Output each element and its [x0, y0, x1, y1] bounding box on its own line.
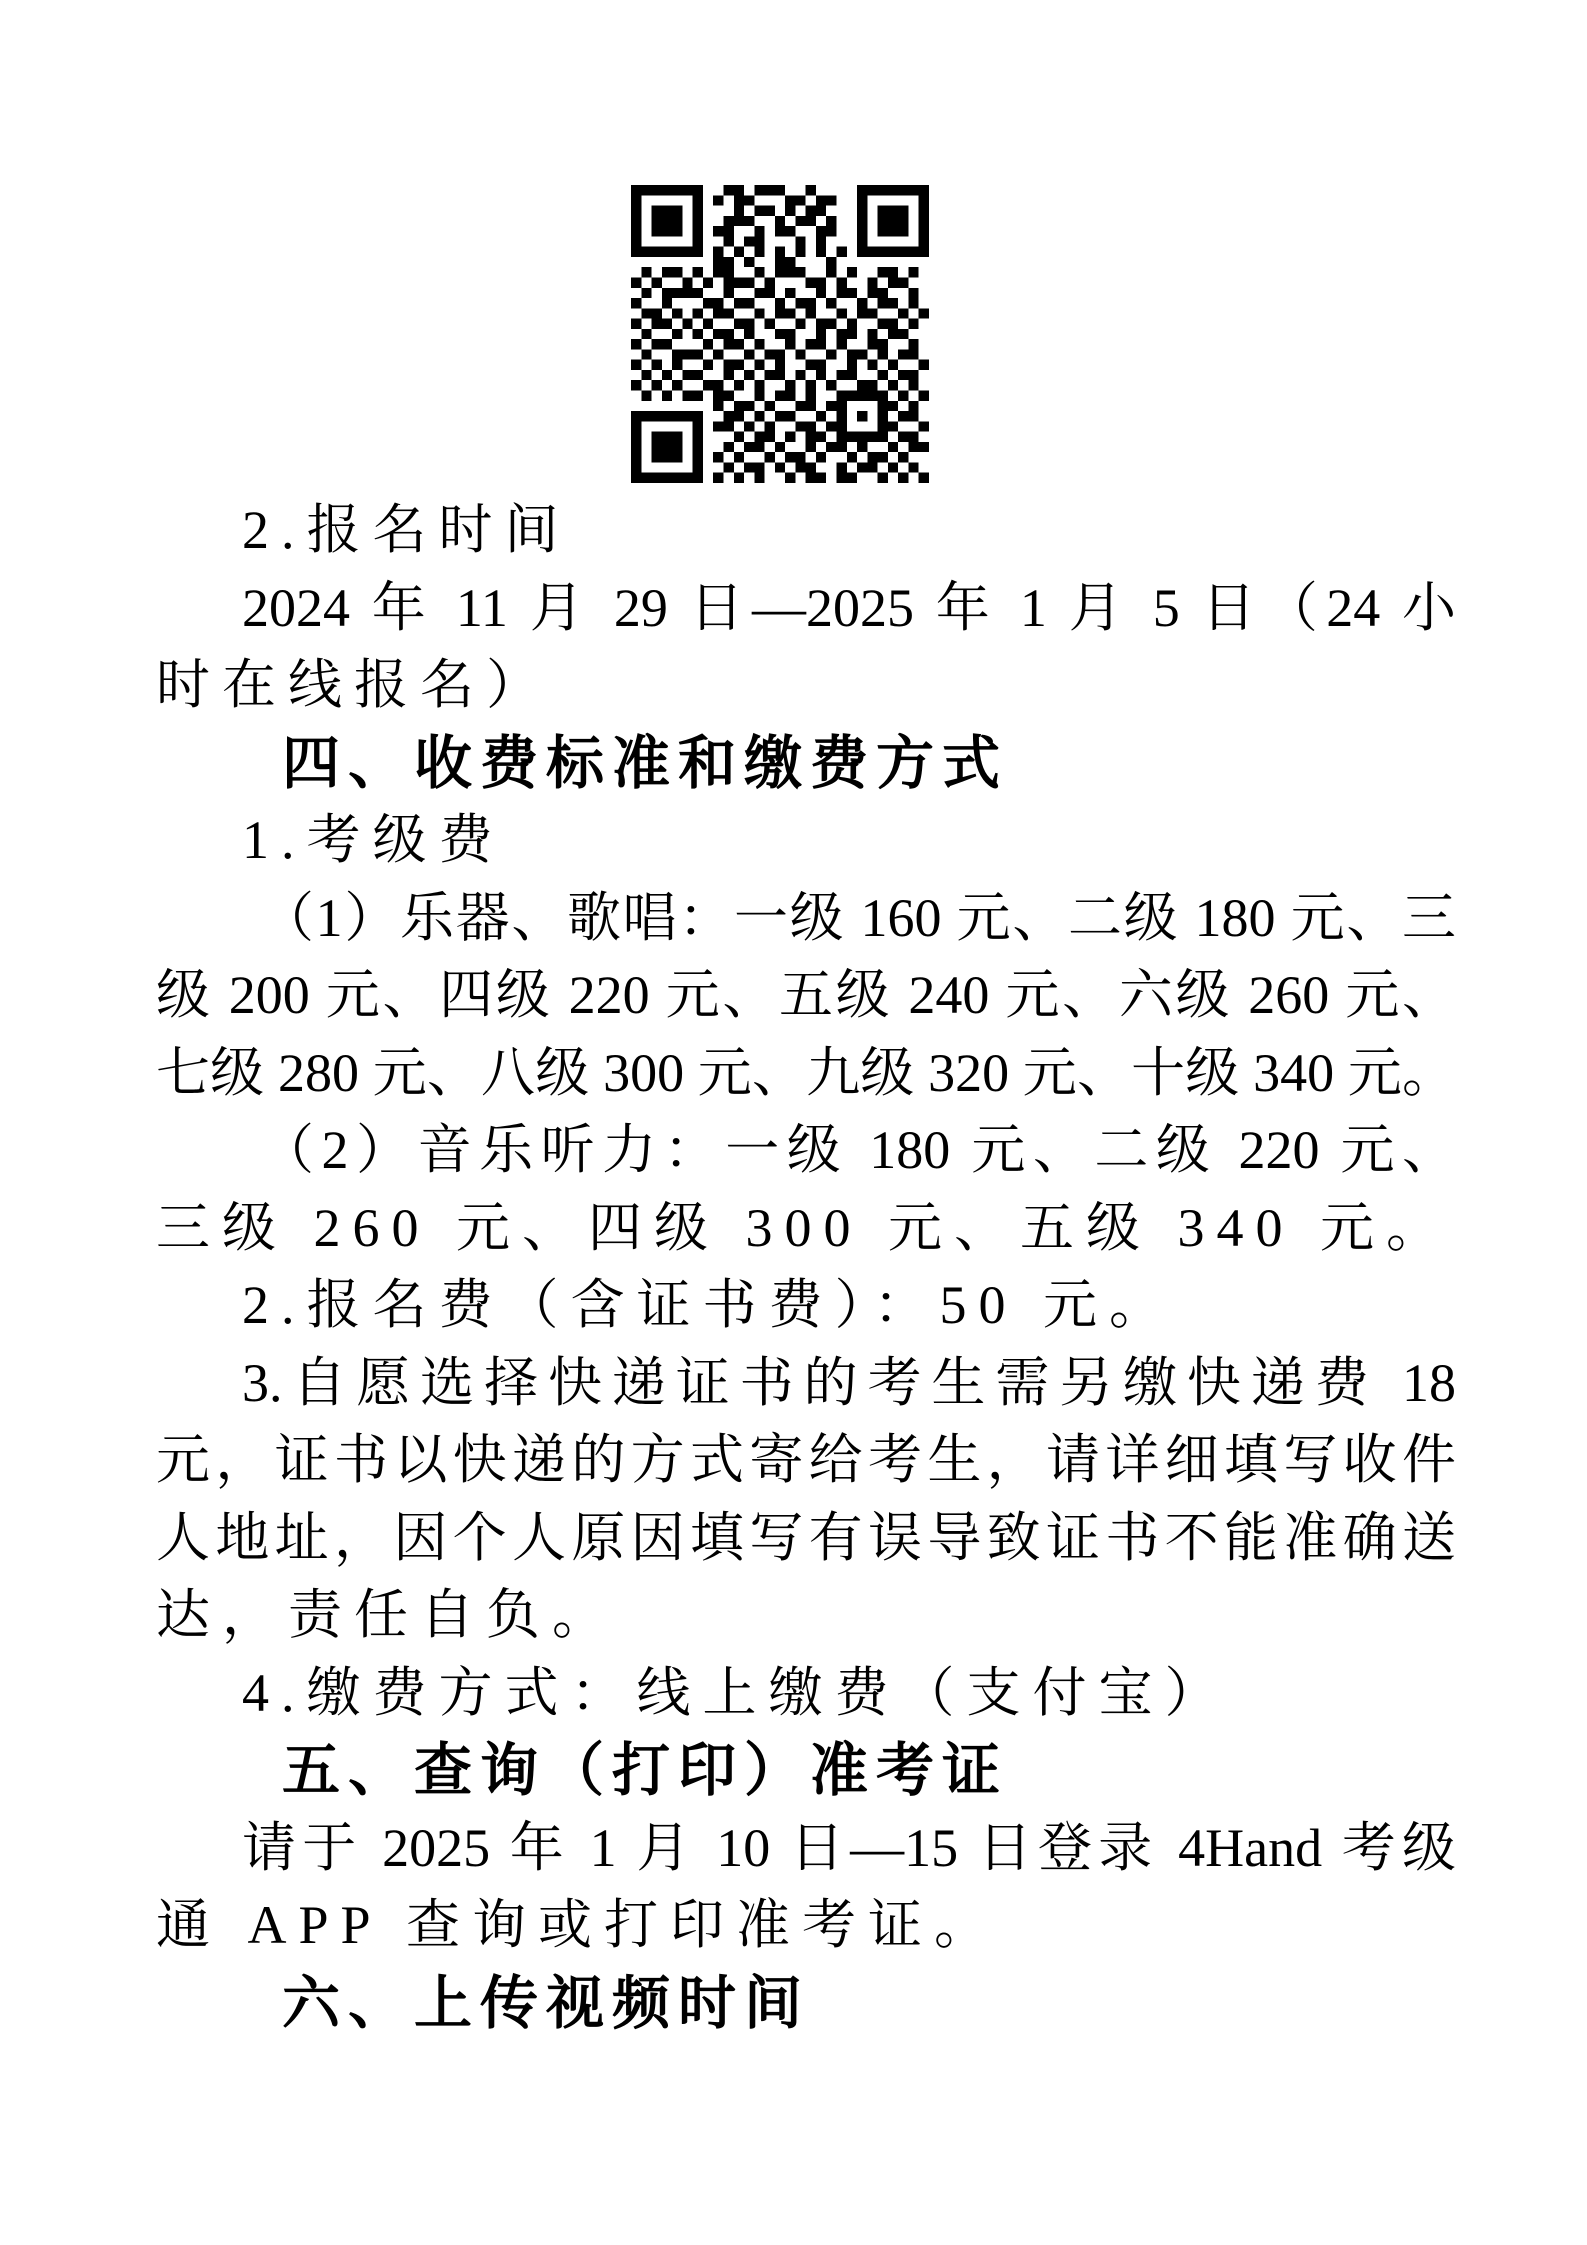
heading-section-6-upload-time: 六、上传视频时间	[156, 1965, 1456, 2043]
line-instrument-vocal-fees-1: （1）乐器、歌唱：一级 160 元、二级 180 元、三	[156, 880, 1456, 958]
line-exam-fee-label: 1.考级费	[156, 802, 1456, 880]
line-payment-method: 4.缴费方式：线上缴费（支付宝）	[156, 1655, 1456, 1733]
line-instrument-vocal-fees-3: 七级 280 元、八级 300 元、九级 320 元、十级 340 元。	[156, 1035, 1456, 1113]
line-registration-time-label: 2.报名时间	[156, 492, 1456, 570]
qr-code-image	[631, 185, 929, 483]
line-instrument-vocal-fees-2: 级 200 元、四级 220 元、五级 240 元、六级 260 元、	[156, 957, 1456, 1035]
qr-code	[631, 185, 929, 483]
line-registration-time-cont: 时在线报名）	[156, 647, 1456, 725]
line-registration-fee: 2.报名费（含证书费）：50 元。	[156, 1267, 1456, 1345]
line-registration-time-range: 2024 年 11 月 29 日—2025 年 1 月 5 日（24 小	[156, 570, 1456, 648]
line-listening-fees-1: （2）音乐听力：一级 180 元、二级 220 元、	[156, 1112, 1456, 1190]
line-listening-fees-2: 三级 260 元、四级 300 元、五级 340 元。	[156, 1190, 1456, 1268]
line-express-fee-3: 人地址，因个人原因填写有误导致证书不能准确送	[156, 1500, 1456, 1578]
line-express-fee-4: 达，责任自负。	[156, 1577, 1456, 1655]
document-text: 2.报名时间 2024 年 11 月 29 日—2025 年 1 月 5 日（2…	[156, 492, 1456, 2042]
line-admission-ticket-2: 通 APP 查询或打印准考证。	[156, 1887, 1456, 1965]
line-express-fee-1: 3.自愿选择快递证书的考生需另缴快递费 18	[156, 1345, 1456, 1423]
line-express-fee-2: 元，证书以快递的方式寄给考生，请详细填写收件	[156, 1422, 1456, 1500]
document-page: 2.报名时间 2024 年 11 月 29 日—2025 年 1 月 5 日（2…	[0, 0, 1587, 2245]
heading-section-4-fees: 四、收费标准和缴费方式	[156, 725, 1456, 803]
line-admission-ticket-1: 请于 2025 年 1 月 10 日—15 日登录 4Hand 考级	[156, 1810, 1456, 1888]
heading-section-5-admission: 五、查询（打印）准考证	[156, 1732, 1456, 1810]
